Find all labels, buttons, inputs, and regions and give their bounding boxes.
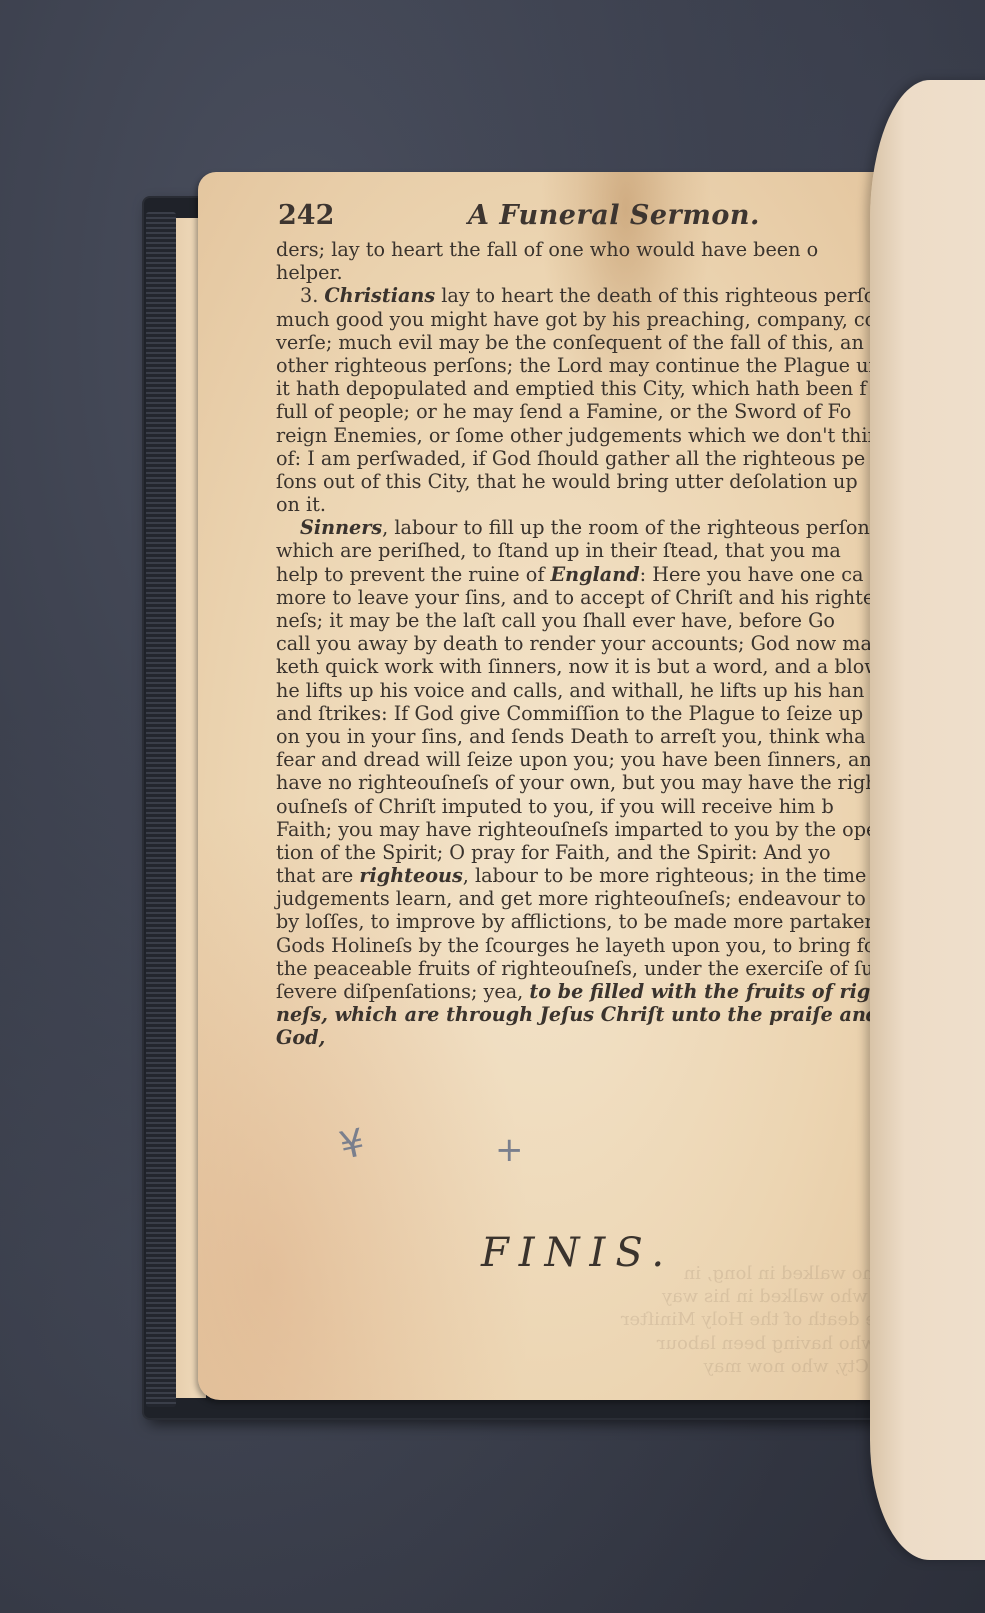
text-line: and ſtrikes: If God give Commiſſion to t… [276,702,888,725]
line-text: lay to heart the death of this righteous… [435,284,887,307]
finis-text: FINIS. [481,1230,674,1276]
italic-emphasis: England [551,563,640,586]
running-head: 242 A Funeral Sermon. [278,200,878,240]
text-line: ſons out of this City, that he would bri… [276,470,888,493]
text-line: by loſſes, to improve by afflictions, to… [276,910,888,933]
text-line: full of people; or he may ſend a Famine,… [276,400,888,423]
text-line: much good you might have got by his prea… [276,308,888,331]
text-line: which are periſhed, to ſtand up in their… [276,539,888,562]
running-title: A Funeral Sermon. [468,200,760,231]
facing-page [870,80,985,1560]
italic-emphasis: Sinners [300,516,382,539]
text-line: judgements learn, and get more righteouſ… [276,887,888,910]
line-prefix: 3. [300,284,324,307]
text-line: neſs, which are through Jeſus Chriſt unt… [276,1003,888,1026]
line-text: , labour to be more righteous; in the ti… [463,864,888,887]
text-line: Faith; you may have righteouſneſs impart… [276,818,888,841]
italic-emphasis: neſs, which are through Jeſus Chriſt unt… [276,1003,888,1026]
text-line: 3. Christians lay to heart the death of … [276,284,888,307]
italic-emphasis: to be filled with the fruits of righteou… [529,980,888,1003]
page-number: 242 [278,200,334,231]
text-line: it hath depopulated and emptied this Cit… [276,377,888,400]
text-line: call you away by death to render your ac… [276,632,888,655]
text-line: more to leave your ſins, and to accept o… [276,586,888,609]
text-line: of: I am perſwaded, if God ſhould gather… [276,447,888,470]
text-line: ouſneſs of Chriſt imputed to you, if you… [276,795,888,818]
text-line: help to prevent the ruine of England: He… [276,563,888,586]
text-line: Sinners, labour to fill up the room of t… [276,516,888,539]
italic-emphasis: Christians [324,284,435,307]
text-line: the peaceable fruits of righteouſneſs, u… [276,957,888,980]
text-line: helper. [276,261,888,284]
text-line: fear and dread will ſeize upon you; you … [276,748,888,771]
text-line: on you in your ſins, and ſends Death to … [276,725,888,748]
text-line: ſevere diſpenſations; yea, to be filled … [276,980,888,1003]
text-line: keth quick work with ſinners, now it is … [276,655,888,678]
sermon-body-text: ders; lay to heart the fall of one who w… [276,238,888,1050]
text-line: he lifts up his voice and calls, and wit… [276,679,888,702]
line-prefix: ſevere diſpenſations; yea, [276,980,529,1003]
text-line: on it. [276,493,888,516]
text-line: ders; lay to heart the fall of one who w… [276,238,888,261]
line-prefix: help to prevent the ruine of [276,563,551,586]
line-prefix: that are [276,864,359,887]
book-page: 242 A Funeral Sermon. ders; lay to heart… [198,172,888,1400]
line-text: , labour to fill up the room of the righ… [382,516,870,539]
text-line: have no righteouſneſs of your own, but y… [276,771,888,794]
text-line: Gods Holineſs by the ſcourges he layeth … [276,934,888,957]
text-line: tion of the Spirit; O pray for Faith, an… [276,841,888,864]
book-spine-ribbed [146,212,176,1407]
show-through-text: ſhould carry ſome who walked in long, in… [498,1262,888,1378]
text-line: reign Enemies, or ſome other judgements … [276,424,888,447]
text-line: that are righteous, labour to be more ri… [276,864,888,887]
line-text: : Here you have one ca [640,563,864,586]
italic-emphasis: God, [276,1026,325,1049]
pencil-mark: ¥ [336,1120,369,1168]
text-line: neſs; it may be the laſt call you ſhall … [276,609,888,632]
text-line: other righteous perſons; the Lord may co… [276,354,888,377]
pencil-mark: + [495,1130,524,1170]
text-line: verſe; much evil may be the conſequent o… [276,331,888,354]
italic-emphasis: righteous [359,864,462,887]
text-line: God, [276,1026,888,1049]
